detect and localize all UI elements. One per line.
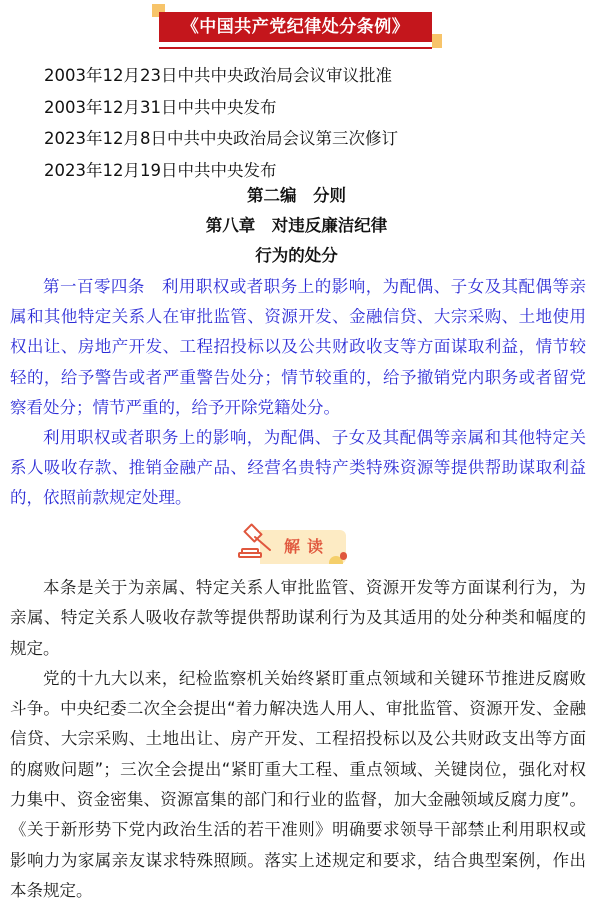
document-title: 《中国共产党纪律处分条例》	[159, 12, 432, 42]
revision-history: 2003年12月23日中共中央政治局会议审议批准 2003年12月31日中共中央…	[44, 60, 398, 186]
interpretation-text: 本条是关于为亲属、特定关系人审批监管、资源开发等方面谋利行为，为亲属、特定关系人…	[10, 573, 586, 900]
section-headings: 第二编 分则 第八章 对违反廉洁纪律 行为的处分	[0, 181, 593, 271]
article-text: 第一百零四条 利用职权或者职务上的影响，为配偶、子女及其配偶等亲属和其他特定关系…	[10, 272, 586, 514]
badge-label: 解读	[284, 532, 330, 562]
article-paragraph: 利用职权或者职务上的影响，为配偶、子女及其配偶等亲属和其他特定关系人吸收存款、推…	[10, 423, 586, 514]
chapter-subtitle: 行为的处分	[0, 241, 593, 271]
meta-line: 2003年12月31日中共中央发布	[44, 92, 398, 124]
gavel-icon	[236, 522, 276, 562]
chapter-heading: 第八章 对违反廉洁纪律	[0, 211, 593, 241]
decor-square-bottom-right	[432, 34, 442, 48]
part-heading: 第二编 分则	[0, 181, 593, 211]
meta-line: 2003年12月23日中共中央政治局会议审议批准	[44, 60, 398, 92]
meta-line: 2023年12月8日中共中央政治局会议第三次修订	[44, 123, 398, 155]
title-banner: 《中国共产党纪律处分条例》	[152, 4, 442, 50]
interpretation-badge: 解读	[236, 522, 350, 566]
badge-decor-dot-red	[340, 552, 347, 560]
title-underline	[159, 47, 432, 49]
article-paragraph: 第一百零四条 利用职权或者职务上的影响，为配偶、子女及其配偶等亲属和其他特定关系…	[10, 272, 586, 423]
interpretation-paragraph: 党的十九大以来，纪检监察机关始终紧盯重点领域和关键环节推进反腐败斗争。中央纪委二…	[10, 664, 586, 900]
interpretation-paragraph: 本条是关于为亲属、特定关系人审批监管、资源开发等方面谋利行为，为亲属、特定关系人…	[10, 573, 586, 664]
